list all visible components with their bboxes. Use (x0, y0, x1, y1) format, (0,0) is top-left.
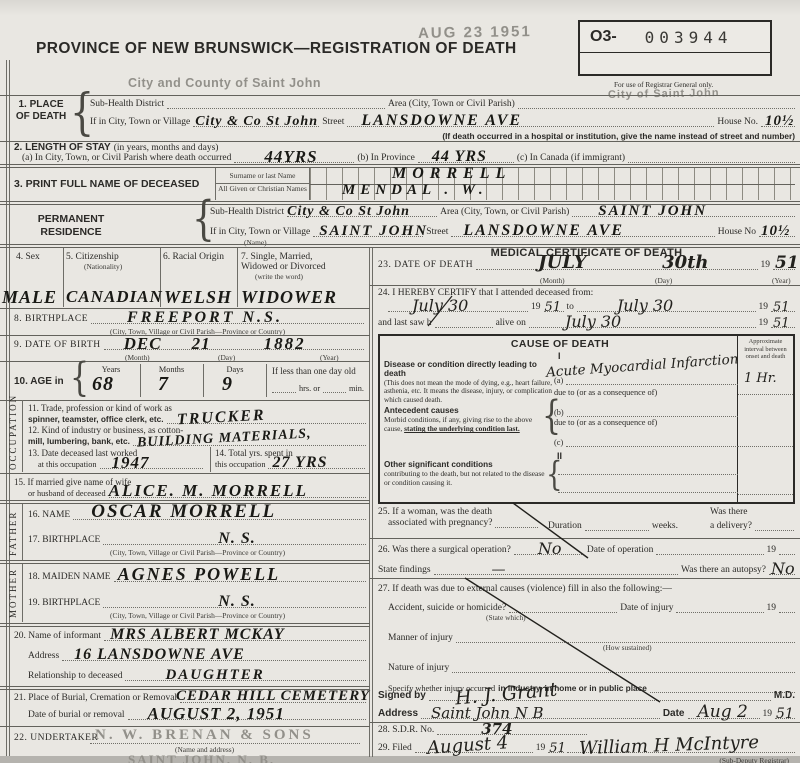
dob-day: 21 (192, 335, 211, 352)
undertaker-city-stamp: SAINT JOHN, N. B. (128, 752, 275, 763)
sdr-field: 374 (437, 724, 587, 735)
birthplace-value: FREEPORT N.S. (127, 310, 283, 326)
death-month-caption: (Month) (540, 276, 565, 285)
interval-rule (738, 494, 793, 495)
operation-label: 26. Was there a surgical operation? (378, 545, 511, 555)
alive-on-field: July 30 (529, 317, 756, 328)
to-year-pre: 19 (759, 302, 769, 312)
due-to-1: due to (or as a consequence of) (554, 388, 657, 397)
racial-origin-value: WELSH (164, 288, 232, 306)
attended-to-field: July 30 (577, 301, 756, 312)
birthplace-field: FREEPORT N.S. (91, 313, 364, 324)
less-than-day-label: If less than one day old (272, 366, 356, 376)
res-street-value: LANSDOWNE AVE (463, 223, 624, 239)
house-no-field: 10½ (761, 116, 795, 127)
brace: { (70, 87, 94, 136)
disease-bold: Disease or condition directly leading to… (384, 360, 552, 379)
mother-name-value: AGNES POWELL (118, 565, 281, 583)
other-field-1 (558, 474, 738, 475)
address-value: Saint John N B (431, 706, 544, 721)
attended-to-value: July 30 (617, 298, 673, 314)
cause-of-death-title: CAUSE OF DEATH (380, 338, 740, 350)
house-no-label: House No. (717, 117, 758, 127)
pregnancy-label-l2: associated with pregnancy? (388, 518, 492, 528)
section-length-of-stay: 2. LENGTH OF STAY (in years, months and … (14, 142, 795, 164)
cell-line (140, 364, 141, 397)
signed-year-field: 51 (775, 708, 795, 719)
section-14: 14. Total yrs. spent in this occupation … (215, 448, 365, 469)
cause-c-field (566, 436, 738, 447)
burial-date-value: AUGUST 2, 1951 (148, 705, 285, 722)
stay-a-label: (a) In City, Town, or Civil Parish where… (22, 153, 231, 163)
min-field (323, 382, 346, 393)
date-label: Date (663, 708, 685, 719)
external-causes-label: 27. If death was due to external causes … (378, 584, 795, 594)
house-no-value: 10½ (765, 114, 794, 129)
informant-address-field: 16 LANSDOWNE AVE (62, 650, 366, 661)
signed-block: Signed by H. J. Grant M.D. Address Saint… (378, 684, 795, 719)
injury-year-field (779, 602, 795, 613)
res-house-label: House No (718, 227, 756, 237)
sub-deputy-registrar-caption: (Sub-Deputy Registrar) (719, 756, 789, 763)
from-year-field: 51 (544, 301, 564, 312)
res-area-label: Area (City, Town, or Civil Parish) (440, 207, 569, 217)
age-days-label: Days (208, 365, 262, 374)
filed-year: 51 (549, 742, 566, 755)
to-year-field: 51 (771, 301, 795, 312)
cell-line (210, 447, 211, 472)
section-age: 10. AGE in { Years Months Days 68 7 9 If… (0, 362, 370, 399)
father-name-value: OSCAR MORRELL (91, 502, 276, 521)
signed-by-label: Signed by (378, 690, 426, 701)
res-area-field: SAINT JOHN (572, 206, 795, 217)
interval-column: Approximate interval between onset and d… (737, 336, 793, 502)
filed-label: 29. Filed (378, 743, 412, 753)
last-worked-label-l2: at this occupation (38, 460, 97, 469)
operation-year-field (779, 544, 795, 555)
other-bold: Other significant conditions (384, 460, 549, 469)
cell-line (237, 248, 238, 307)
racial-origin-label: 6. Racial Origin (163, 252, 224, 262)
occupation-side-label: OCCUPATION (8, 404, 18, 470)
death-day: 30th (662, 254, 708, 272)
res-street-field: LANSDOWNE AVE (451, 226, 714, 237)
operation-year-pre: 19 (767, 545, 777, 555)
last-saw-label: and last saw h (378, 318, 432, 328)
delivery-label-l1: Was there (710, 507, 747, 517)
age-days-value: 9 (222, 374, 233, 394)
date-of-birth-field: DEC 21 1882 (104, 339, 364, 350)
informant-address-value: 16 LANSDOWNE AVE (74, 647, 245, 663)
burial-date-field: AUGUST 2, 1951 (128, 709, 366, 720)
res-house-field: 10½ (759, 226, 795, 237)
rule (0, 400, 370, 401)
spouse-value: ALICE. M. MORRELL (109, 482, 308, 499)
res-sub-health-field: City & Co St John (287, 206, 437, 217)
marital-label-l1: 7. Single, Married, (241, 252, 367, 262)
father-side-label: FATHER (8, 508, 18, 556)
total-yrs-value: 27 YRS (272, 455, 327, 471)
section-12: 12. Kind of industry or business, as cot… (28, 425, 366, 446)
trade-label-l2: spinner, teamster, office clerk, etc. (28, 414, 164, 424)
filed-year-field: 51 (548, 742, 564, 753)
date-value: Aug 2 (698, 704, 748, 721)
hospital-note: (If death occurred in a hospital or inst… (442, 131, 795, 141)
res-area-value: SAINT JOHN (598, 204, 707, 219)
on-year: 51 (773, 317, 790, 330)
dob-month: DEC (124, 335, 162, 352)
injury-date-field (676, 602, 763, 613)
rule (370, 285, 800, 286)
disease-text: (This does not mean the mode of dying, e… (384, 379, 552, 405)
other-conditions-block: Other significant conditions contributin… (384, 460, 549, 488)
interval-rule (738, 446, 793, 447)
area-label: Area (City, Town or Civil Parish) (388, 99, 515, 109)
date-field: Aug 2 (688, 708, 760, 719)
death-month: JULY (538, 254, 587, 272)
side-line (22, 400, 23, 472)
injury-date-label: Date of injury (620, 603, 673, 613)
address-label: Address (378, 708, 418, 719)
mother-name-label: 18. MAIDEN NAME (28, 572, 111, 582)
marital-label: 7. Single, Married, Widowed or Divorced … (241, 252, 367, 281)
weeks-label: weeks. (652, 521, 678, 531)
section-place-of-death: 1. PLACE OF DEATH { Sub-Health District … (14, 96, 795, 140)
res-sub-health-value: City & Co St John (287, 205, 410, 219)
date-of-death-field: JULY 30th (476, 259, 757, 270)
section-25: 25. If a woman, was the death associated… (378, 507, 795, 528)
father-name-label: 16. NAME (28, 510, 70, 520)
mother-birthplace-field: N. S. (103, 597, 366, 608)
citizenship-value: CANADIAN (66, 288, 163, 305)
min-label: min. (349, 384, 364, 393)
injury-year-pre: 19 (767, 603, 777, 613)
section-26: 26. Was there a surgical operation? No D… (378, 541, 795, 575)
death-year-field: 51 (773, 259, 795, 270)
manner-field (456, 632, 795, 643)
date-of-death-label: 23. DATE OF DEATH (378, 260, 473, 270)
surname-value: MORRELL (392, 166, 511, 182)
antecedent-block: Antecedent causes Morbid conditions, if … (384, 406, 546, 434)
marital-label-l2: Widowed or Divorced (241, 262, 367, 272)
filed-year-pre: 19 (536, 743, 546, 753)
interval-header: Approximate interval between onset and d… (738, 336, 793, 363)
filing-block: 28. S.D.R. No. 374 29. Filed August 4 19… (378, 724, 795, 753)
how-sustained-caption: (How sustained) (603, 643, 795, 652)
citizenship-label: 5. Citizenship (Nationality) (66, 252, 156, 271)
burial-date-label: Date of burial or removal (28, 710, 125, 720)
signature-field: H. J. Grant (429, 690, 771, 701)
death-year-pre: 19 (761, 260, 771, 270)
father-birthplace-value: N. S. (218, 531, 255, 547)
disease-block: Disease or condition directly leading to… (384, 360, 552, 405)
sdr-label: 28. S.D.R. No. (378, 725, 434, 735)
given-names-sublabel: All Given or Christian Names (216, 184, 309, 193)
rule (370, 722, 800, 723)
full-name-label: 3. PRINT FULL NAME OF DECEASED (14, 178, 199, 190)
death-day-caption: (Day) (655, 276, 672, 285)
res-street-label: Street (426, 227, 448, 237)
total-yrs-label-l2: this occupation (215, 460, 265, 469)
name-letter-grid: MORRELL MENDAL . W. (310, 168, 795, 200)
spouse-field: ALICE. M. MORRELL (109, 487, 366, 498)
registration-number: 003944 (645, 28, 733, 47)
informant-label: 20. Name of informant (14, 631, 101, 641)
autopsy-label: Was there an autopsy? (681, 565, 766, 575)
filed-date-field: August 4 (415, 742, 533, 753)
street-field: LANSDOWNE AVE (347, 116, 714, 127)
side-line (22, 564, 23, 622)
stay-b-value: 44 YRS (432, 149, 487, 165)
cell-line (266, 364, 267, 397)
father-birthplace-field: N. S. (103, 534, 366, 545)
mother-side-label: MOTHER (8, 570, 18, 618)
marital-value: WIDOWER (241, 288, 337, 306)
undertaker-field (90, 743, 360, 744)
birthplace-label: 8. BIRTHPLACE (14, 314, 88, 324)
citizenship-label-l2: (Nationality) (84, 262, 156, 271)
father-birthplace-label: 17. BIRTHPLACE (28, 535, 100, 545)
sex-value: MALE (2, 288, 57, 306)
total-yrs-field: 27 YRS (268, 458, 365, 469)
city-county-stamp: City and County of Saint John (128, 76, 321, 90)
stay-a-field: 44YRS (234, 152, 354, 163)
on-year-field: 51 (771, 317, 795, 328)
stay-a-value: 44YRS (264, 148, 317, 165)
registrar-signature-field: William H McIntyre (567, 742, 795, 753)
permanent-residence-label: PERMANENT RESIDENCE (26, 213, 116, 238)
scan-bottom-band (0, 756, 800, 763)
informant-address-label: Address (28, 651, 59, 661)
section-24: 24. I HEREBY CERTIFY that I attended dec… (378, 288, 795, 328)
alive-on-label: alive on (496, 318, 526, 328)
industry-field: BUILDING MATERIALS, (133, 435, 366, 446)
antecedent-bold: Antecedent causes (384, 406, 546, 415)
stay-c-field (628, 152, 795, 163)
findings-field: — (434, 564, 679, 575)
area-field (518, 98, 795, 109)
sub-health-district-field (167, 98, 385, 109)
informant-value: MRS ALBERT MCKAY (110, 627, 285, 643)
section-27: 27. If death was due to external causes … (378, 581, 795, 693)
interval-rule (738, 394, 793, 395)
undertaker-label: 22. UNDERTAKER (14, 733, 98, 743)
attended-from-value: July 30 (412, 298, 468, 314)
on-year-pre: 19 (759, 318, 769, 328)
nature-field (452, 662, 795, 673)
md-label: M.D. (774, 690, 795, 701)
age-months-label: Months (144, 365, 199, 374)
mother-birthplace-label: 19. BIRTHPLACE (28, 598, 100, 608)
relationship-field: DAUGHTER (125, 670, 366, 681)
other-text: contributing to the death, but not relat… (384, 469, 549, 488)
industry-label-l2: mill, lumbering, bank, etc. (28, 436, 130, 446)
relationship-value: DAUGHTER (165, 668, 264, 683)
due-to-2: due to (or as a consequence of) (554, 418, 657, 427)
village-field: City & Co St John (193, 116, 319, 127)
stay-b-label: (b) In Province (357, 153, 415, 163)
section-permanent-residence: PERMANENT RESIDENCE { Sub-Health Distric… (14, 205, 795, 243)
surname-sublabel: Surname or last Name (216, 168, 309, 184)
interval-a-value: 1 Hr. (744, 372, 777, 385)
duration-field (585, 520, 649, 531)
street-label: Street (322, 117, 344, 127)
undertaker-name-stamp: N. W. BRENAN & SONS (95, 727, 314, 744)
accident-label: Accident, suicide or homicide? (388, 603, 506, 613)
operation-date-label: Date of operation (587, 545, 653, 555)
marital-label-l3: (write the word) (255, 272, 367, 281)
village-value: City & Co St John (195, 115, 318, 129)
hrs-label: hrs. or (299, 384, 320, 393)
registrar-signature: William H McIntyre (579, 734, 760, 758)
spouse-label-l2: or husband of deceased (28, 489, 106, 498)
sub-health-district-label: Sub-Health District (90, 99, 164, 109)
pregnancy-field (495, 517, 538, 528)
from-year-pre: 19 (531, 302, 541, 312)
cause-c-label: (c) (554, 438, 563, 447)
village-label: If in City, Town or Village (90, 117, 190, 127)
age-months-value: 7 (158, 374, 169, 394)
name-sublabels: Surname or last Name All Given or Christ… (215, 168, 310, 200)
section-15: 15. If married give name of wife or husb… (14, 477, 366, 498)
informant-field: MRS ALBERT MCKAY (104, 630, 366, 641)
registration-prefix: O3- (580, 28, 617, 46)
antecedent-text-underlined: stating the underlying condition last. (404, 424, 520, 433)
delivery-field (755, 520, 794, 531)
duration-label: Duration (548, 521, 582, 531)
res-village-value: SAINT JOHN (319, 224, 428, 239)
mother-birthplace-caption: (City, Town, Village or Civil Parish—Pro… (110, 611, 285, 620)
registration-number-box: O3- 003944 (578, 20, 772, 76)
cause-roman-1: I (558, 351, 561, 361)
sex-label: 4. Sex (16, 252, 40, 262)
to-year: 51 (773, 301, 790, 314)
to-label: to (567, 302, 574, 312)
given-names-value: MENDAL . W. (342, 183, 488, 198)
last-saw-blank (435, 317, 493, 328)
father-birthplace-caption: (City, Town, Village or Civil Parish—Pro… (110, 548, 285, 557)
manner-label: Manner of injury (388, 633, 453, 643)
cell-line (203, 364, 204, 397)
operation-date-field (656, 544, 763, 555)
findings-label: State findings (378, 565, 431, 575)
res-village-label: If in City, Town or Village (210, 227, 310, 237)
side-line (22, 504, 23, 560)
mother-name-field: AGNES POWELL (114, 571, 366, 582)
brace: { (542, 398, 561, 437)
stay-c-label: (c) In Canada (if immigrant) (517, 153, 625, 163)
rule (0, 473, 370, 474)
attended-from-field: July 30 (388, 301, 528, 312)
res-house-value: 10½ (761, 224, 790, 239)
section-11: 11. Trade, profession or kind of work as… (28, 403, 366, 424)
cause-b-field (567, 406, 738, 417)
hrs-field (272, 382, 296, 393)
date-of-birth-label: 9. DATE OF BIRTH (14, 340, 101, 350)
last-worked-field: 1947 (100, 458, 203, 469)
findings-value: — (492, 563, 506, 577)
signed-year-pre: 19 (763, 709, 773, 719)
autopsy-field: No (769, 564, 795, 575)
death-year-caption: (Year) (772, 276, 791, 285)
autopsy-value: No (771, 561, 795, 577)
stay-b-field: 44 YRS (418, 152, 514, 163)
father-name-field: OSCAR MORRELL (73, 509, 366, 520)
death-year: 51 (775, 255, 799, 272)
operation-field: No (514, 544, 584, 555)
signed-year: 51 (776, 707, 794, 721)
address-field: Saint John N B (421, 708, 660, 719)
other-field-2 (558, 492, 738, 493)
dob-year: 1882 (264, 335, 306, 352)
age-years-value: 68 (92, 374, 114, 394)
street-value: LANSDOWNE AVE (361, 113, 522, 129)
relationship-label: Relationship to deceased (28, 671, 122, 681)
cause-b-label: (b) (554, 408, 564, 417)
last-worked-value: 1947 (112, 454, 150, 471)
delivery-label-l2: a delivery? (710, 521, 752, 531)
burial-place-value: CEDAR HILL CEMETERY (176, 689, 370, 704)
trade-field: TRUCKER (167, 413, 366, 424)
rule (370, 538, 800, 539)
section-13: 13. Date deceased last worked at this oc… (28, 448, 203, 469)
accident-field (509, 602, 617, 613)
cause-of-death-box: Approximate interval between onset and d… (378, 334, 795, 504)
cell-line (63, 248, 64, 307)
burial-place-field: CEDAR HILL CEMETERY (180, 692, 366, 703)
mother-birthplace-value: N. S. (218, 594, 255, 610)
nature-label: Nature of injury (388, 663, 449, 673)
burial-place-label: 21. Place of Burial, Cremation or Remova… (14, 693, 177, 703)
filed-date-value: August 4 (426, 734, 508, 758)
age-label: 10. AGE in (14, 376, 64, 387)
form-title: PROVINCE OF NEW BRUNSWICK—REGISTRATION O… (36, 40, 517, 58)
res-village-field: SAINT JOHN (313, 226, 423, 237)
alive-on-value: July 30 (565, 314, 621, 330)
brace: { (546, 458, 563, 492)
from-year: 51 (545, 301, 562, 314)
place-of-death-label: 1. PLACE OF DEATH (14, 99, 68, 122)
rule (0, 335, 370, 336)
citizenship-label-l1: 5. Citizenship (66, 252, 156, 262)
death-registration-form: AUG 23 1951 PROVINCE OF NEW BRUNSWICK—RE… (0, 0, 800, 763)
state-which-caption: (State which) (486, 613, 795, 622)
res-sub-health-label: Sub-Health District (210, 207, 284, 217)
rule (370, 578, 800, 579)
operation-value: No (538, 541, 562, 557)
